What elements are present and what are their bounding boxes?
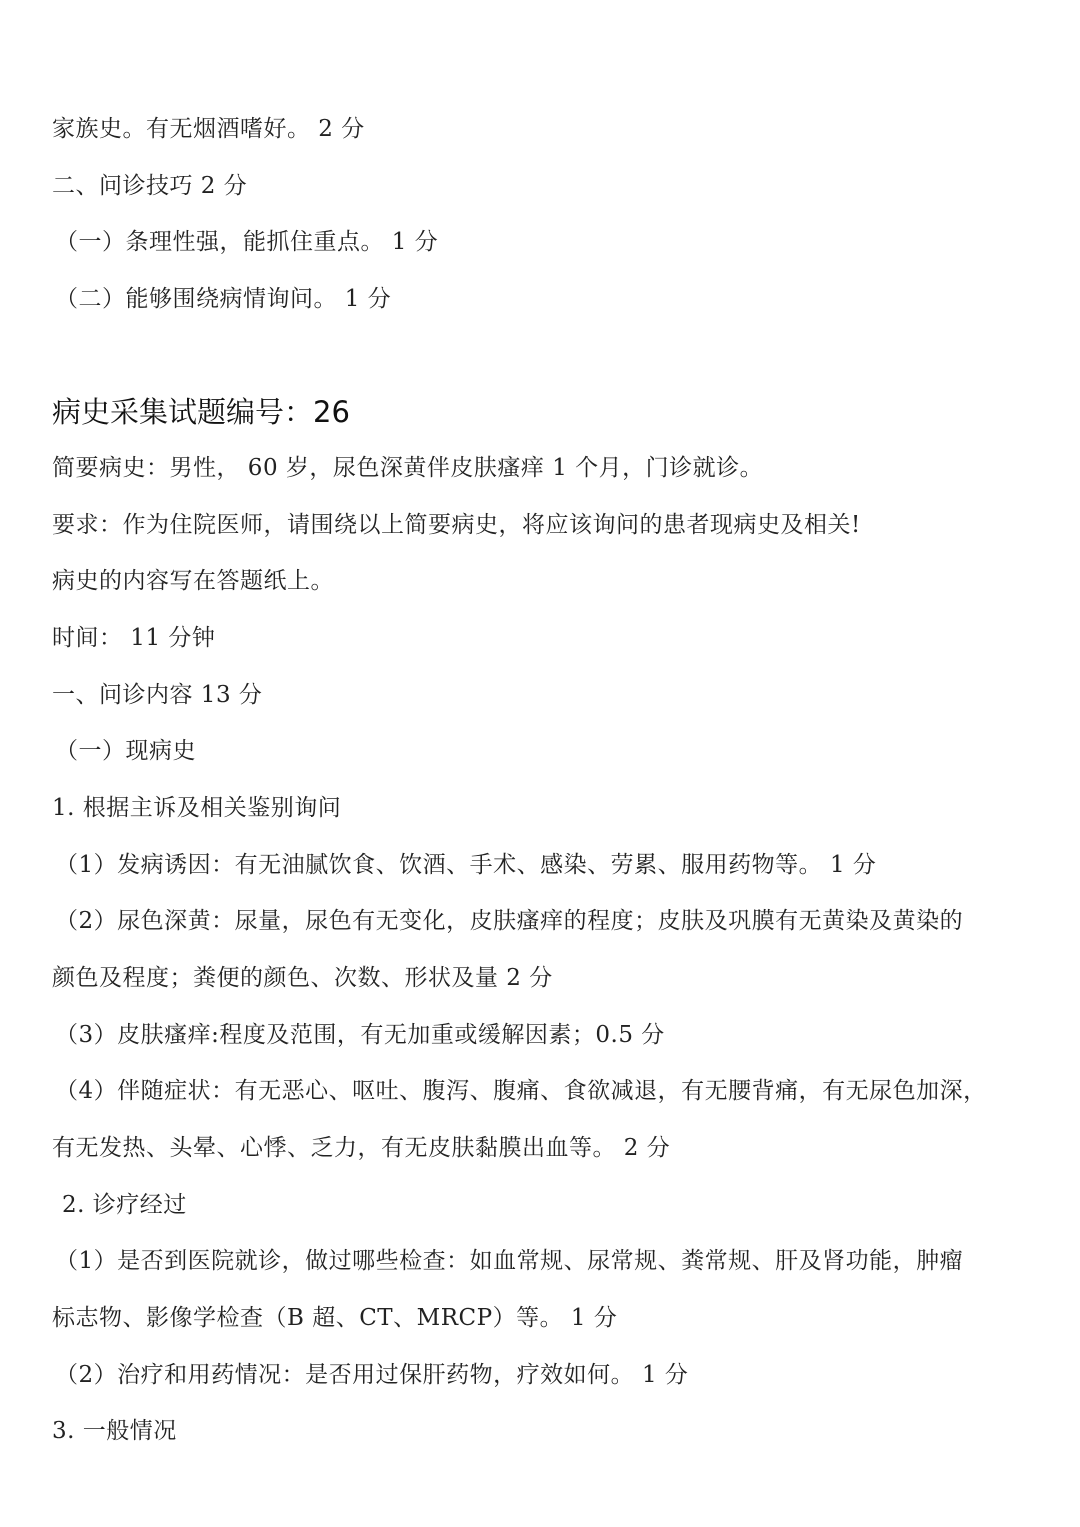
section-two-heading: 二、问诊技巧 2 分 (52, 171, 247, 201)
item-2-point-1: （1）是否到医院就诊，做过哪些检查：如血常规、尿常规、粪常规、肝及肾功能，肿瘤 (55, 1246, 963, 1276)
item-1-point-2-cont: 颜色及程度；粪便的颜色、次数、形状及量 2 分 (52, 963, 553, 993)
question-title: 病史采集试题编号：26 (52, 394, 350, 430)
skill-point-2: （二）能够围绕病情询问。 1 分 (55, 284, 391, 314)
item-1-point-3: （3）皮肤瘙痒:程度及范围，有无加重或缓解因素；0.5 分 (55, 1020, 665, 1050)
section-one-heading: 一、问诊内容 13 分 (52, 680, 262, 710)
present-illness-heading: （一）现病史 (55, 736, 196, 766)
item-2-point-2: （2）治疗和用药情况：是否用过保肝药物，疗效如何。 1 分 (55, 1360, 688, 1390)
brief-history: 简要病史：男性， 60 岁，尿色深黄伴皮肤瘙痒 1 个月，门诊就诊。 (52, 453, 763, 483)
item-2-heading: 2. 诊疗经过 (62, 1190, 187, 1220)
item-1-point-2: （2）尿色深黄：尿量，尿色有无变化，皮肤瘙痒的程度；皮肤及巩膜有无黄染及黄染的 (55, 906, 963, 936)
item-1-point-1: （1）发病诱因：有无油腻饮食、饮酒、手术、感染、劳累、服用药物等。 1 分 (55, 850, 876, 880)
skill-point-1: （一）条理性强，能抓住重点。 1 分 (55, 227, 438, 257)
item-1-point-4: （4）伴随症状：有无恶心、呕吐、腹泻、腹痛、食欲减退，有无腰背痛，有无尿色加深， (55, 1076, 987, 1106)
time-limit: 时间： 11 分钟 (52, 623, 215, 653)
item-2-point-1-cont: 标志物、影像学检查（B 超、CT、MRCP）等。 1 分 (52, 1303, 617, 1333)
requirement-line-2: 病史的内容写在答题纸上。 (52, 566, 334, 596)
requirement-line-1: 要求：作为住院医师，请围绕以上简要病史，将应该询问的患者现病史及相关! (52, 510, 861, 540)
item-3-heading: 3. 一般情况 (52, 1416, 177, 1446)
item-1-point-4-cont: 有无发热、头晕、心悸、乏力，有无皮肤黏膜出血等。 2 分 (52, 1133, 670, 1163)
family-history-score-line: 家族史。有无烟酒嗜好。 2 分 (52, 114, 365, 144)
item-1-heading: 1. 根据主诉及相关鉴别询问 (52, 793, 341, 823)
